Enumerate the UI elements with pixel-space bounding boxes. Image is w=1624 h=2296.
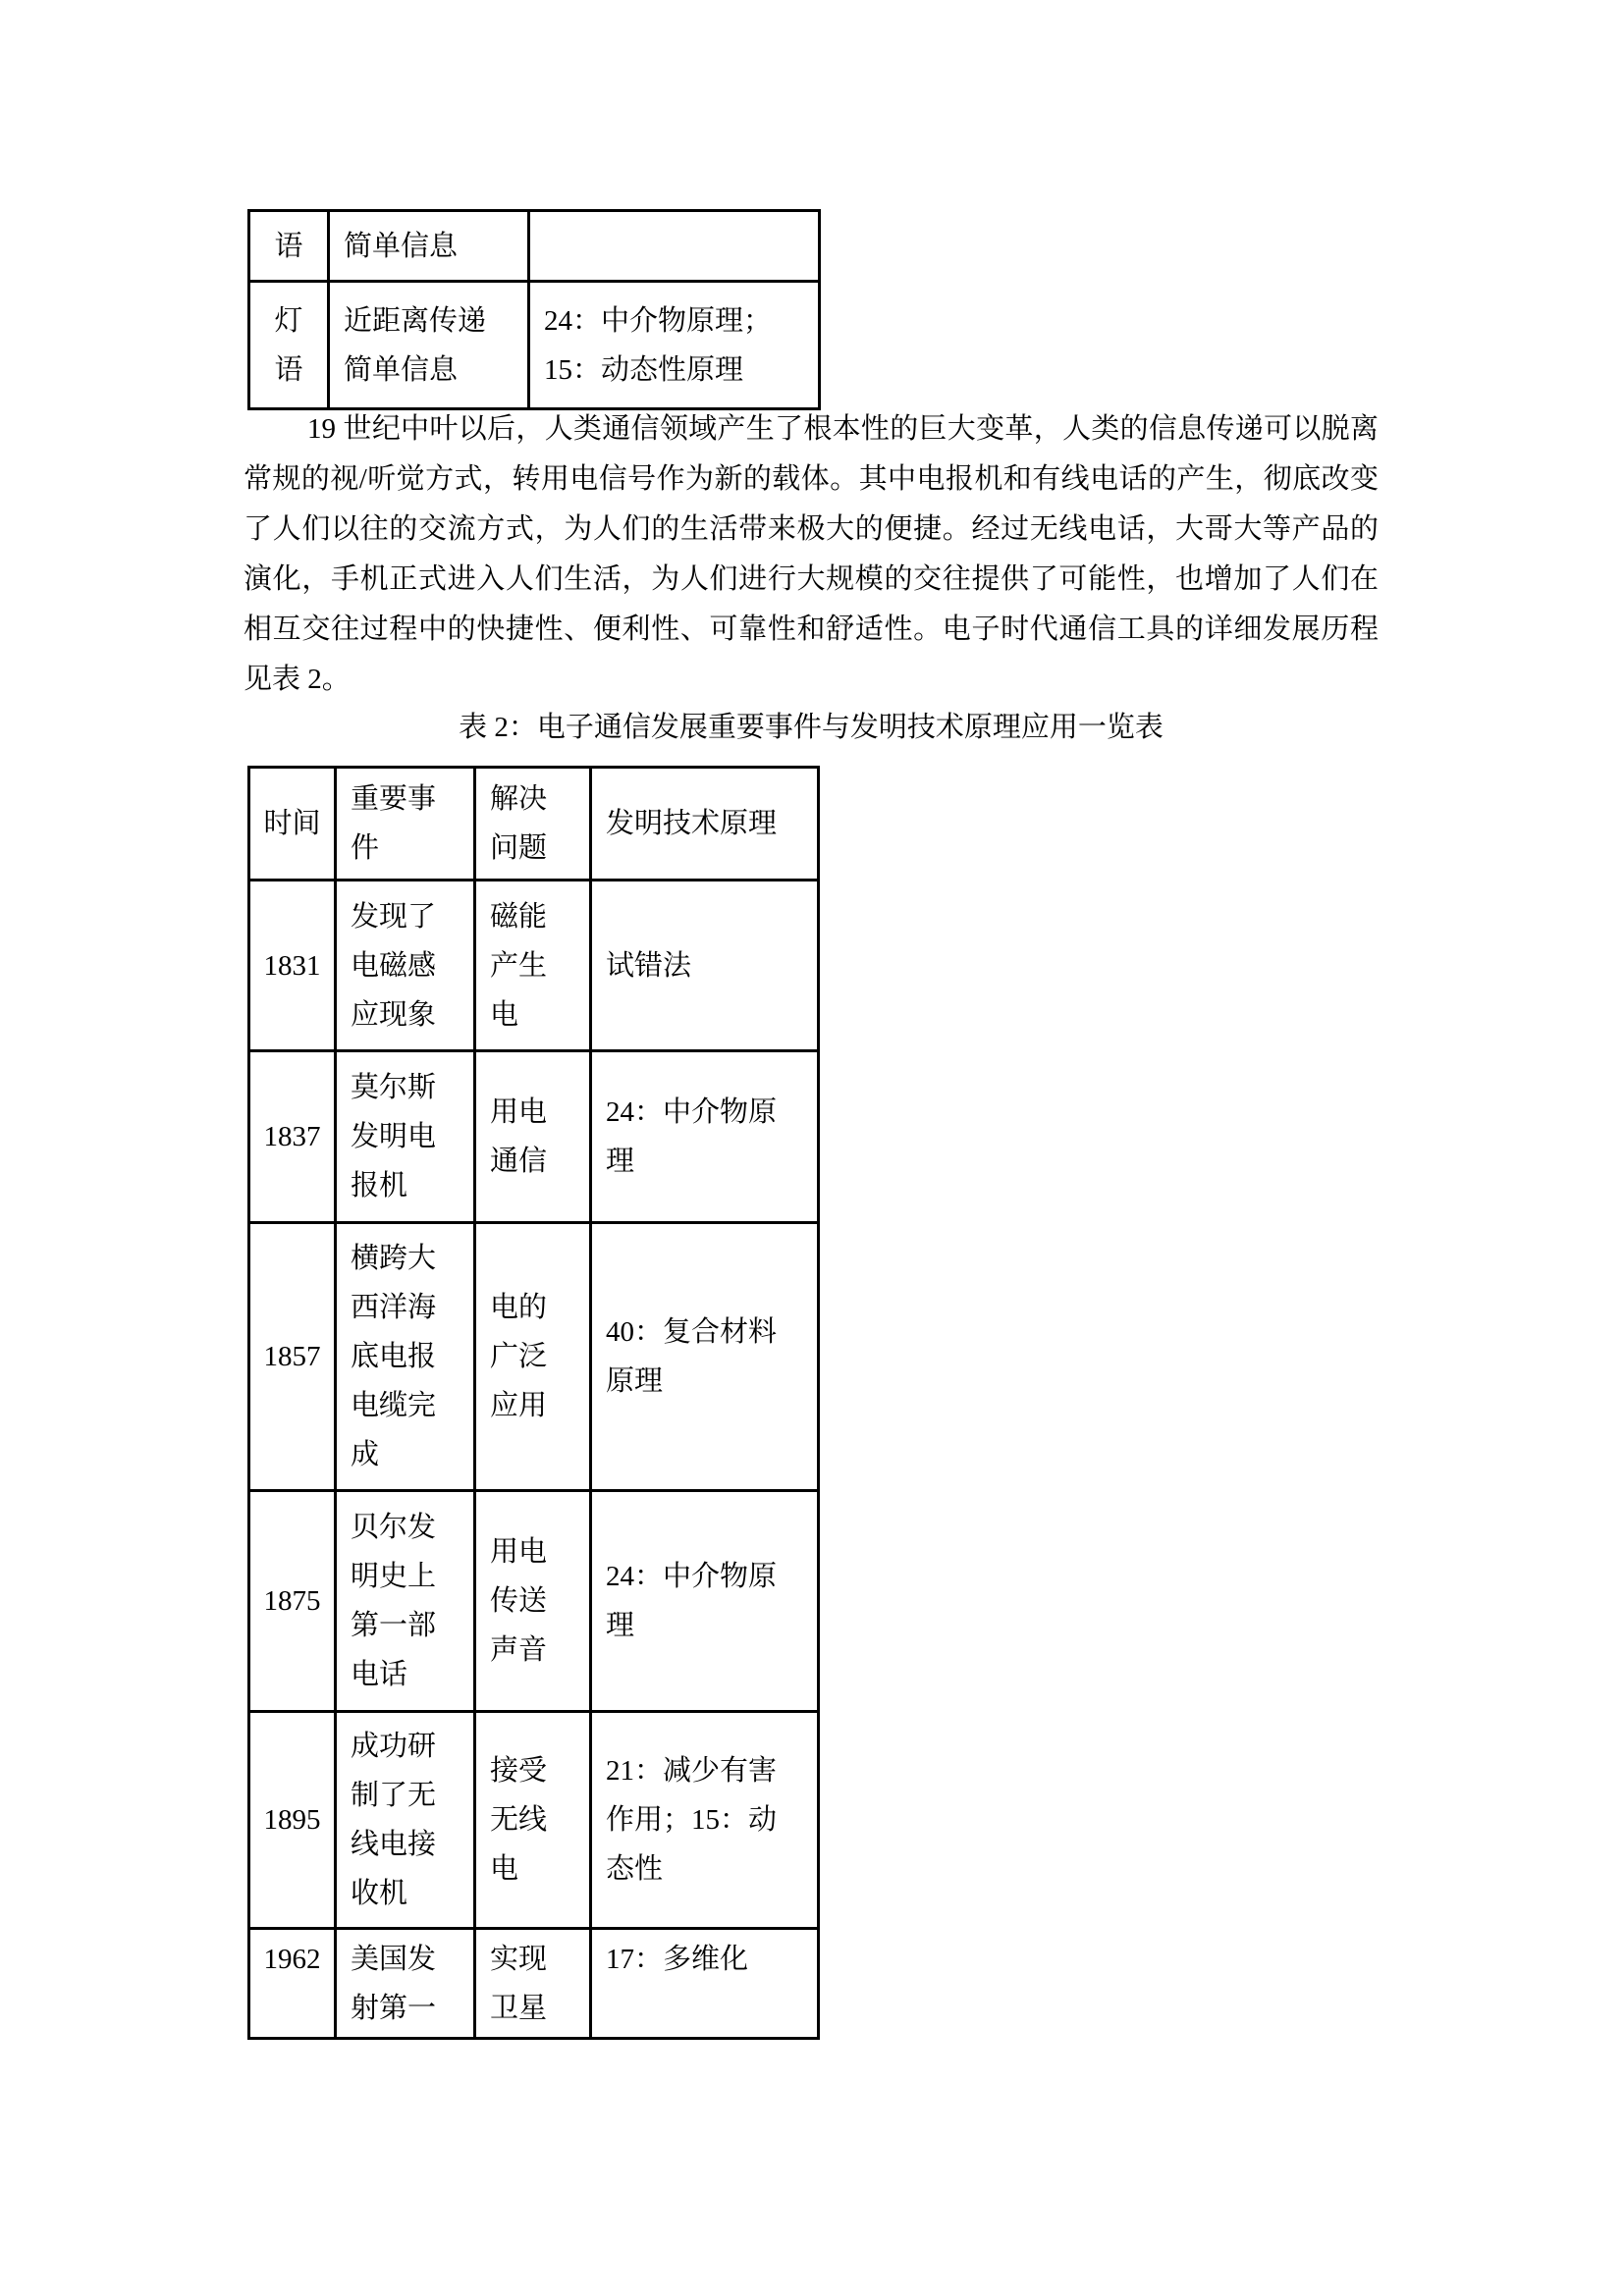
cell-principle xyxy=(529,211,820,282)
table-row: 1895 成功研 制了无 线电接 收机 接受 无线 电 21：减少有害 作用；1… xyxy=(249,1712,819,1929)
cell-year: 1837 xyxy=(249,1051,336,1223)
cell-event: 莫尔斯 发明电 报机 xyxy=(336,1051,475,1223)
table-row: 灯 语 近距离传递 简单信息 24：中介物原理； 15：动态性原理 xyxy=(249,282,820,409)
paragraph-line: 常规的视/听觉方式，转用电信号作为新的载体。其中电报机和有线电话的产生，彻底改变 xyxy=(244,454,1379,505)
table-row: 1837 莫尔斯 发明电 报机 用电 通信 24：中介物原 理 xyxy=(249,1051,819,1223)
header-event: 重要事 件 xyxy=(336,768,475,881)
cell-event: 贝尔发 明史上 第一部 电话 xyxy=(336,1491,475,1712)
paragraph-line: 19 世纪中叶以后，人类通信领域产生了根本性的巨大变革，人类的信息传递可以脱离 xyxy=(244,404,1379,454)
table-row: 1857 横跨大 西洋海 底电报 电缆完 成 电的 广泛 应用 40：复合材料 … xyxy=(249,1223,819,1491)
cell-problem: 磁能 产生 电 xyxy=(475,881,591,1051)
paragraph-line: 相互交往过程中的快捷性、便利性、可靠性和舒适性。电子时代通信工具的详细发展历程 xyxy=(244,605,1379,655)
body-paragraph: 19 世纪中叶以后，人类通信领域产生了根本性的巨大变革，人类的信息传递可以脱离 … xyxy=(244,404,1379,705)
cell-problem: 实现 卫星 xyxy=(475,1929,591,2039)
cell-principle: 24：中介物原理； 15：动态性原理 xyxy=(529,282,820,409)
ancient-communication-table-fragment: 语 简单信息 灯 语 近距离传递 简单信息 24：中介物原理； 15：动态性原理 xyxy=(247,209,821,410)
header-principle: 发明技术原理 xyxy=(591,768,819,881)
cell-principle: 17：多维化 xyxy=(591,1929,819,2039)
document-page: 语 简单信息 灯 语 近距离传递 简单信息 24：中介物原理； 15：动态性原理… xyxy=(0,0,1624,2296)
cell-event: 发现了 电磁感 应现象 xyxy=(336,881,475,1051)
paragraph-line: 了人们以往的交流方式，为人们的生活带来极大的便捷。经过无线电话，大哥大等产品的 xyxy=(244,505,1379,555)
cell-principle: 24：中介物原 理 xyxy=(591,1491,819,1712)
table-row-cut-by-page-break: 1962 美国发 射第一 实现 卫星 17：多维化 xyxy=(249,1929,819,2039)
cell-tool-name: 灯 语 xyxy=(249,282,329,409)
cell-problem: 电的 广泛 应用 xyxy=(475,1223,591,1491)
cell-year: 1875 xyxy=(249,1491,336,1712)
table-row: 1875 贝尔发 明史上 第一部 电话 用电 传送 声音 24：中介物原 理 xyxy=(249,1491,819,1712)
table-row: 1831 发现了 电磁感 应现象 磁能 产生 电 试错法 xyxy=(249,881,819,1051)
cell-problem: 用电 传送 声音 xyxy=(475,1491,591,1712)
paragraph-line: 见表 2。 xyxy=(244,655,1379,705)
cell-year: 1895 xyxy=(249,1712,336,1929)
header-problem: 解决 问题 xyxy=(475,768,591,881)
cell-problem: 用电 通信 xyxy=(475,1051,591,1223)
cell-function: 简单信息 xyxy=(329,211,529,282)
paragraph-line: 演化，手机正式进入人们生活，为人们进行大规模的交往提供了可能性，也增加了人们在 xyxy=(244,555,1379,605)
cell-problem: 接受 无线 电 xyxy=(475,1712,591,1929)
cell-function: 近距离传递 简单信息 xyxy=(329,282,529,409)
cell-event: 美国发 射第一 xyxy=(336,1929,475,2039)
cell-principle: 24：中介物原 理 xyxy=(591,1051,819,1223)
cell-year: 1962 xyxy=(249,1929,336,2039)
cell-principle: 40：复合材料 原理 xyxy=(591,1223,819,1491)
table-row: 语 简单信息 xyxy=(249,211,820,282)
electronic-communication-events-table: 时间 重要事 件 解决 问题 发明技术原理 1831 发现了 电磁感 应现象 磁… xyxy=(247,766,820,2040)
cell-event: 成功研 制了无 线电接 收机 xyxy=(336,1712,475,1929)
cell-event: 横跨大 西洋海 底电报 电缆完 成 xyxy=(336,1223,475,1491)
cell-year: 1831 xyxy=(249,881,336,1051)
cell-principle: 21：减少有害 作用；15：动 态性 xyxy=(591,1712,819,1929)
table2-caption: 表 2：电子通信发展重要事件与发明技术原理应用一览表 xyxy=(244,703,1379,753)
cell-year: 1857 xyxy=(249,1223,336,1491)
header-time: 时间 xyxy=(249,768,336,881)
cell-tool-name: 语 xyxy=(249,211,329,282)
cell-principle: 试错法 xyxy=(591,881,819,1051)
table-header-row: 时间 重要事 件 解决 问题 发明技术原理 xyxy=(249,768,819,881)
